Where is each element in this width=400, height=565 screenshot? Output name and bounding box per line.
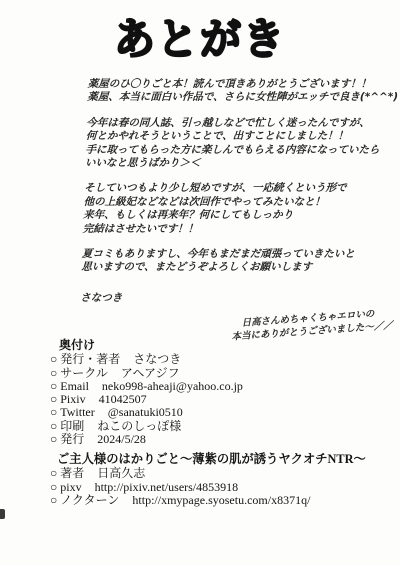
page-title: あとがき bbox=[0, 5, 400, 67]
colophon-entry-circle: ○サークルアヘアジフ bbox=[50, 367, 243, 380]
scan-artifact bbox=[0, 509, 5, 519]
colophon-label: Twitter bbox=[60, 405, 94, 419]
original-work-value: http://pixiv.net/users/4853918 bbox=[95, 480, 239, 494]
original-work-value: http://xmypage.syosetu.com/x8371q/ bbox=[132, 493, 310, 507]
circle-bullet: ○ bbox=[50, 352, 57, 366]
handwritten-thanks-note: 日高さんめちゃくちゃエロいの 本当にありがとうございました～／／ bbox=[230, 307, 393, 343]
afterword-paragraph: 薬屋のひ〇りごと本！読んで頂きありがとうございます！！ 薬屋、本当に面白い作品で… bbox=[87, 78, 388, 105]
colophon-entry-publish-date: ○発行2024/5/28 bbox=[50, 433, 243, 446]
colophon-label: サークル bbox=[60, 366, 108, 380]
afterword-line: 完結はさせたいです！！ bbox=[82, 223, 382, 236]
original-work-title: ご主人様のはかりごと～薄紫の肌が誘うヤクオチNTR～ bbox=[50, 453, 366, 466]
afterword-line: 夏コミもありますし、今年もまだまだ頑張っていきたいと bbox=[82, 248, 382, 261]
circle-bullet: ○ bbox=[50, 432, 57, 446]
afterword-line: 手に取ってもらった方に楽しんでもらえる内容になっていたら bbox=[85, 144, 385, 157]
colophon-entry-email: ○Emailneko998-aheaji@yahoo.co.jp bbox=[50, 380, 243, 393]
original-work-section: ご主人様のはかりごと～薄紫の肌が誘うヤクオチNTR～ ○著者日高久志 ○pixv… bbox=[50, 453, 366, 507]
afterword-line: 何とかやれそうということで、出すことにしました！！ bbox=[86, 130, 386, 143]
afterword-line: 薬屋、本当に面白い作品で、さらに女性陣がエッチで良き(*^^*) bbox=[87, 91, 387, 104]
original-work-entry-author: ○著者日高久志 bbox=[50, 467, 366, 480]
circle-bullet: ○ bbox=[50, 419, 57, 433]
colophon-value: 41042507 bbox=[99, 392, 147, 406]
circle-bullet: ○ bbox=[50, 466, 57, 480]
colophon-value: ねこのしっぽ様 bbox=[97, 419, 181, 433]
afterword-paragraph: 夏コミもありますし、今年もまだまだ頑張っていきたいと 思いますので、またどうぞよ… bbox=[81, 248, 382, 275]
colophon-value: @sanatuki0510 bbox=[108, 405, 183, 419]
afterword-paragraph: 今年は春の同人誌、引っ越しなどで忙しく迷ったんですが、 何とかやれそうということ… bbox=[85, 117, 387, 171]
colophon-value: 2024/5/28 bbox=[97, 432, 146, 446]
circle-bullet: ○ bbox=[50, 366, 57, 380]
circle-bullet: ○ bbox=[50, 392, 57, 406]
afterword-line: 他の上級妃などなどは次回作でやってみたいなと！ bbox=[83, 196, 383, 209]
colophon-label: 発行・著者 bbox=[60, 352, 120, 366]
colophon-entry-twitter: ○Twitter@sanatuki0510 bbox=[50, 406, 243, 419]
original-work-entry-nocturne-url: ○ノクターンhttp://xmypage.syosetu.com/x8371q/ bbox=[50, 494, 366, 507]
afterword-paragraph: そしていつもより少し短めですが、一応続くという形で 他の上級妃などなどは次回作で… bbox=[82, 182, 384, 236]
circle-bullet: ○ bbox=[50, 480, 57, 494]
circle-bullet: ○ bbox=[50, 379, 57, 393]
original-work-value: 日高久志 bbox=[97, 466, 145, 480]
colophon-section: 奥付け ○発行・著者さなつき ○サークルアヘアジフ ○Emailneko998-… bbox=[50, 339, 243, 446]
colophon-label: Email bbox=[60, 379, 89, 393]
afterword-page: あとがき 薬屋のひ〇りごと本！読んで頂きありがとうございます！！ 薬屋、本当に面… bbox=[0, 0, 400, 565]
circle-bullet: ○ bbox=[50, 493, 57, 507]
author-signature: さなつき bbox=[80, 292, 380, 305]
original-work-label: pixv bbox=[60, 480, 81, 494]
colophon-entry-publisher-author: ○発行・著者さなつき bbox=[50, 353, 243, 366]
colophon-value: neko998-aheaji@yahoo.co.jp bbox=[102, 379, 243, 393]
afterword-text: 薬屋のひ〇りごと本！読んで頂きありがとうございます！！ 薬屋、本当に面白い作品で… bbox=[80, 78, 388, 305]
colophon-label: 発行 bbox=[60, 432, 84, 446]
colophon-label: 印刷 bbox=[60, 419, 84, 433]
afterword-line: 来年、もしくは再来年？何にしてもしっかり bbox=[83, 209, 383, 222]
colophon-value: アヘアジフ bbox=[121, 366, 180, 380]
colophon-entry-printer: ○印刷ねこのしっぽ様 bbox=[50, 420, 243, 433]
colophon-entry-pixiv: ○Pixiv41042507 bbox=[50, 393, 243, 406]
afterword-line: 今年は春の同人誌、引っ越しなどで忙しく迷ったんですが、 bbox=[86, 117, 386, 130]
original-work-label: ノクターン bbox=[60, 493, 119, 507]
colophon-value: さなつき bbox=[133, 352, 181, 366]
colophon-header: 奥付け bbox=[50, 339, 243, 352]
colophon-label: Pixiv bbox=[60, 392, 85, 406]
afterword-line: 思いますので、またどうぞよろしくお願いします bbox=[81, 261, 381, 274]
afterword-line: そしていつもより少し短めですが、一応続くという形で bbox=[84, 182, 384, 195]
original-work-label: 著者 bbox=[60, 466, 84, 480]
afterword-line: 薬屋のひ〇りごと本！読んで頂きありがとうございます！！ bbox=[88, 78, 388, 91]
original-work-entry-pixiv-url: ○pixvhttp://pixiv.net/users/4853918 bbox=[50, 481, 366, 494]
afterword-line: いいなと思うばかり＞＜ bbox=[85, 157, 385, 170]
circle-bullet: ○ bbox=[50, 405, 57, 419]
